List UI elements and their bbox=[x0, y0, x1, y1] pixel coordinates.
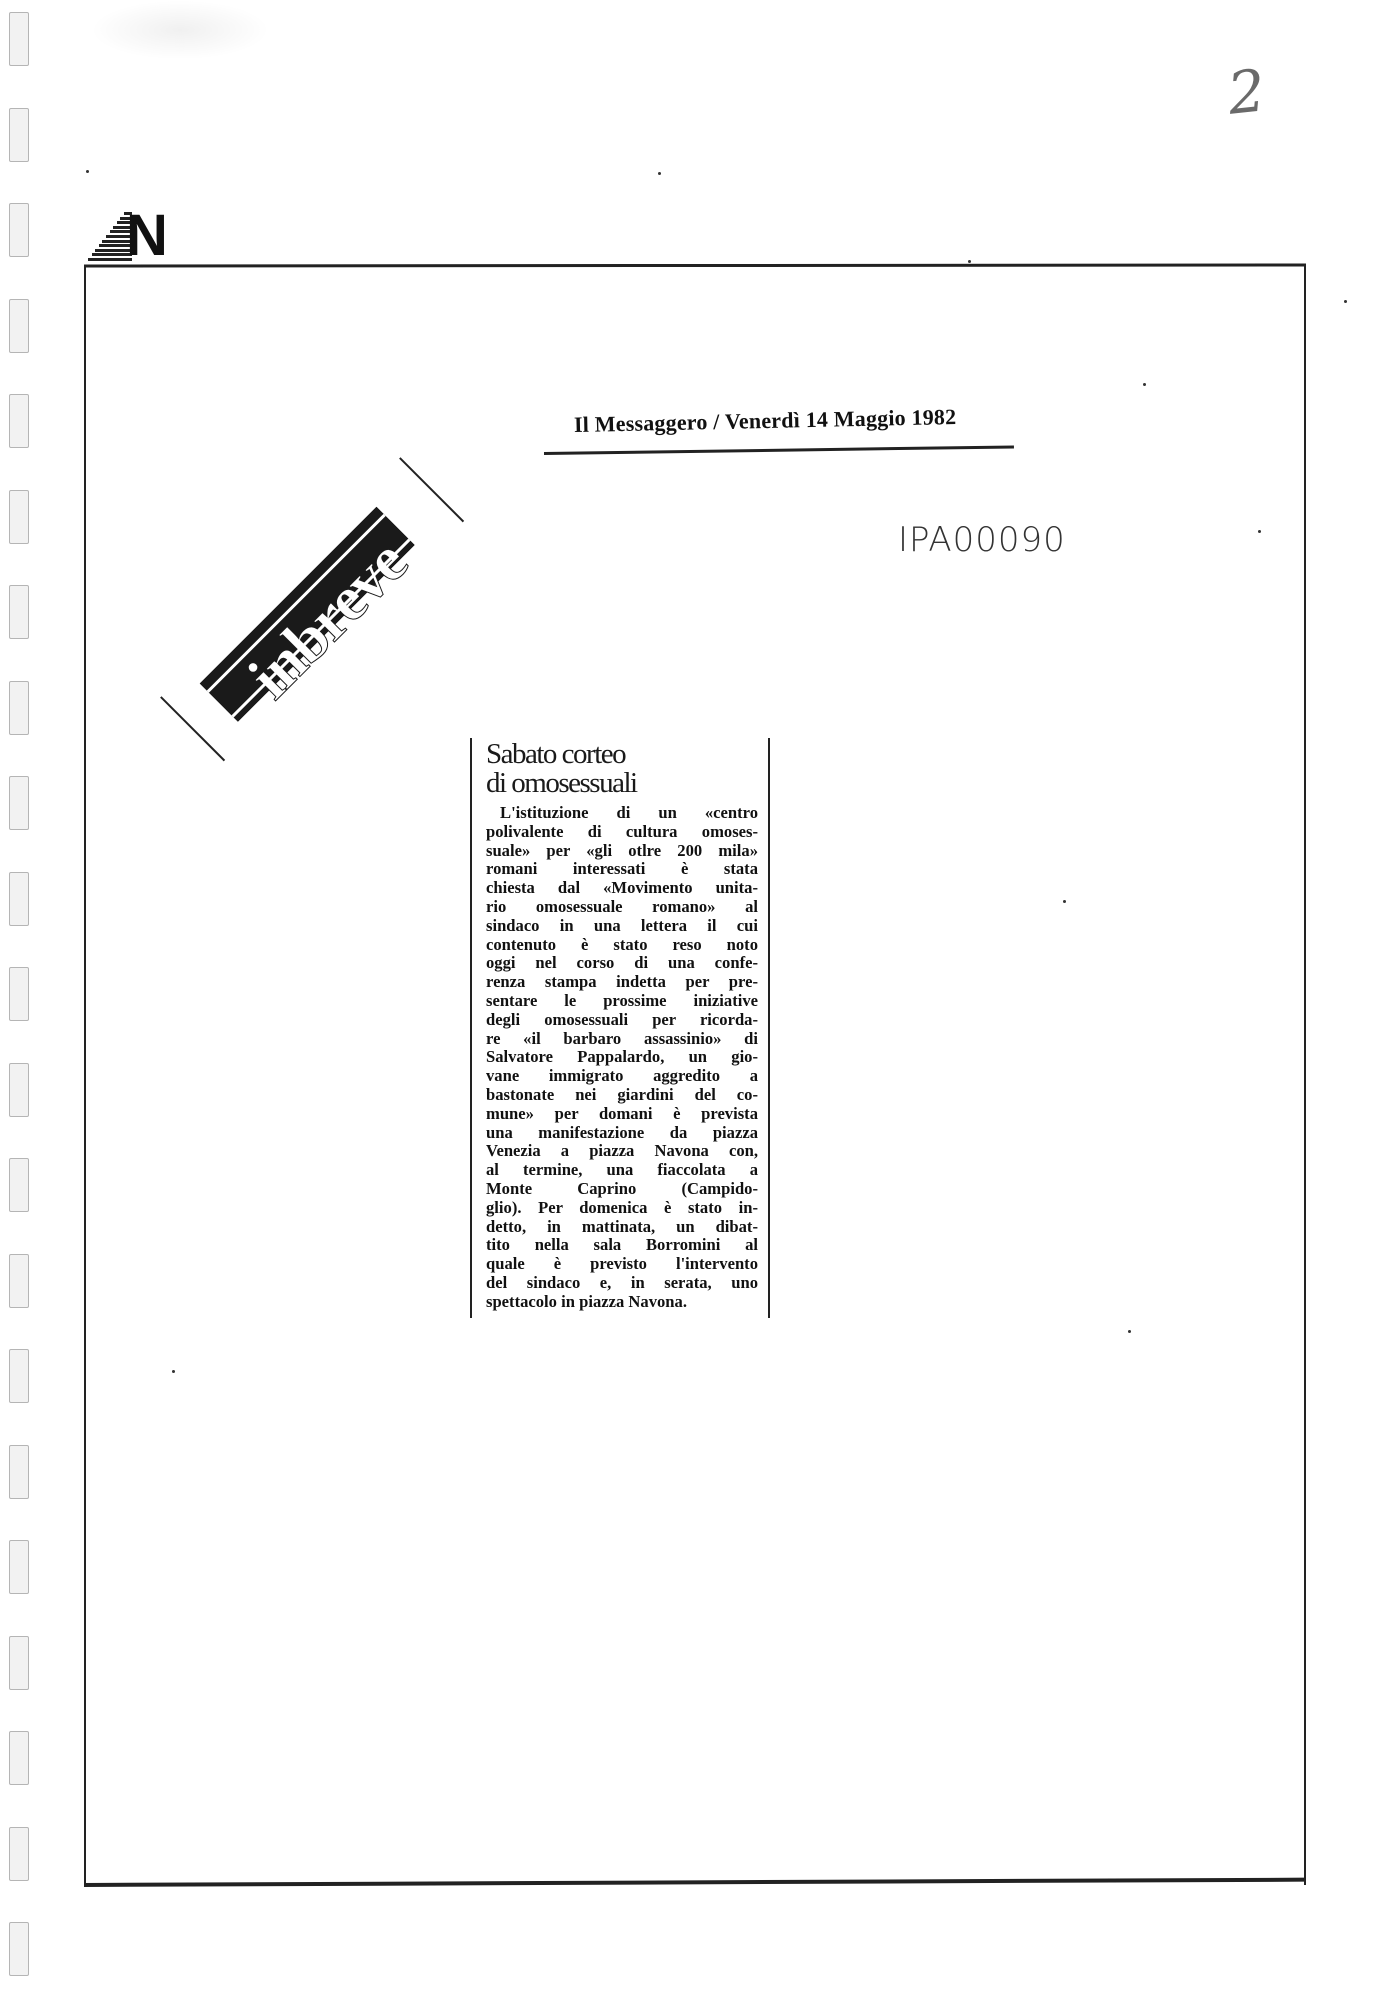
scan-smudge bbox=[90, 0, 270, 60]
binder-hole bbox=[9, 490, 29, 544]
article-body-line: suale» per «gli otlre 200 mila» bbox=[486, 842, 758, 861]
article-body-line: Salvatore Pappalardo, un gio- bbox=[486, 1048, 758, 1067]
article-body-line: del sindaco e, in serata, uno bbox=[486, 1274, 758, 1293]
article-body-line: mune» per domani è prevista bbox=[486, 1105, 758, 1124]
article-body-line: re «il barbaro assassinio» di bbox=[486, 1030, 758, 1049]
article-body-line: tito nella sala Borromini al bbox=[486, 1236, 758, 1255]
binder-hole bbox=[9, 203, 29, 257]
article-body-line: contenuto è stato reso noto bbox=[486, 936, 758, 955]
article-body-line: degli omosessuali per ricorda- bbox=[486, 1011, 758, 1030]
binder-hole bbox=[9, 12, 29, 66]
binder-hole bbox=[9, 1254, 29, 1308]
article-body-line: al termine, una fiaccolata a bbox=[486, 1161, 758, 1180]
article-body-line: quale è previsto l'intervento bbox=[486, 1255, 758, 1274]
article-body: L'istituzione di un «centropolivalente d… bbox=[486, 804, 758, 1312]
article-body-line: polivalente di cultura omoses- bbox=[486, 823, 758, 842]
binder-hole bbox=[9, 299, 29, 353]
binder-hole bbox=[9, 872, 29, 926]
binder-hole bbox=[9, 776, 29, 830]
article-title: Sabato corteo di omosessuali bbox=[486, 740, 758, 798]
article-title-line: Sabato corteo bbox=[486, 740, 758, 769]
article-body-line: Venezia a piazza Navona con, bbox=[486, 1142, 758, 1161]
article-body-line: renza stampa indetta per pre- bbox=[486, 973, 758, 992]
article-body-line: sindaco in una lettera il cui bbox=[486, 917, 758, 936]
binder-hole bbox=[9, 1922, 29, 1976]
article-body-line: L'istituzione di un «centro bbox=[486, 804, 758, 823]
binder-hole bbox=[9, 394, 29, 448]
article-body-line: vane immigrato aggredito a bbox=[486, 1067, 758, 1086]
binder-hole bbox=[9, 108, 29, 162]
article-body-line: una manifestazione da piazza bbox=[486, 1124, 758, 1143]
article-title-line: di omosessuali bbox=[486, 769, 758, 798]
article-body-line: Monte Caprino (Campido- bbox=[486, 1180, 758, 1199]
binder-hole bbox=[9, 1158, 29, 1212]
handwritten-page-number: 2 bbox=[1225, 56, 1269, 127]
article-body-line: glio). Per domenica è stato in- bbox=[486, 1199, 758, 1218]
binder-holes bbox=[0, 0, 40, 2000]
logo-letter: N bbox=[126, 202, 168, 269]
article-body-line: oggi nel corso di una confe- bbox=[486, 954, 758, 973]
binder-hole bbox=[9, 1063, 29, 1117]
article-body-line: romani interessati è stata bbox=[486, 860, 758, 879]
binder-hole bbox=[9, 681, 29, 735]
binder-hole bbox=[9, 1445, 29, 1499]
binder-hole bbox=[9, 1827, 29, 1881]
binder-hole bbox=[9, 1349, 29, 1403]
binder-hole bbox=[9, 585, 29, 639]
article-body-line: bastonate nei giardini del co- bbox=[486, 1086, 758, 1105]
article-body-line: chiesta dal «Movimento unita- bbox=[486, 879, 758, 898]
binder-hole bbox=[9, 967, 29, 1021]
binder-hole bbox=[9, 1731, 29, 1785]
binder-hole bbox=[9, 1636, 29, 1690]
article-body-line: detto, in mattinata, un dibat- bbox=[486, 1218, 758, 1237]
article-body-line: spettacolo in piazza Navona. bbox=[486, 1293, 758, 1312]
article-body-line: rio omosessuale romano» al bbox=[486, 898, 758, 917]
news-clipping: Sabato corteo di omosessuali L'istituzio… bbox=[470, 738, 770, 1318]
article-body-line: sentare le prossime iniziative bbox=[486, 992, 758, 1011]
publisher-logo: N bbox=[86, 210, 172, 262]
binder-hole bbox=[9, 1540, 29, 1594]
handwritten-archive-code: IPA00090 bbox=[898, 520, 1066, 560]
